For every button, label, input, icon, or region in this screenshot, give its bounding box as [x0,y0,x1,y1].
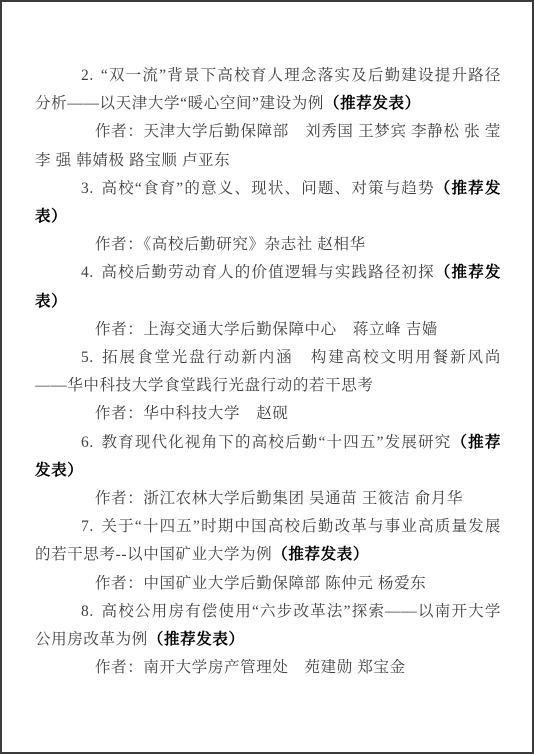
recommended-flag: （推荐发表） [324,95,421,112]
item-authors: 作者：浙江农林大学后勤集团 吴通苗 王筱洁 俞月华 [35,485,501,513]
item-title-text: 高校“食育”的意义、现状、问题、对策与趋势 [101,180,435,197]
item-title-text: 关于“十四五”时期中国高校后勤改革与事业高质量发展的若干思考--以中国矿业大学为… [35,518,501,563]
list-item: 8.高校公用房有偿使用“六步改革法”探索——以南开大学公用房改革为例（推荐发表）… [35,598,501,683]
item-number: 6. [81,434,94,451]
item-title-line: 6.教育现代化视角下的高校后勤“十四五”发展研究（推荐发表） [35,429,501,485]
article-list: 2.“双一流”背景下高校育人理念落实及后勤建设提升路径分析——以天津大学“暖心空… [35,62,501,682]
list-item: 2.“双一流”背景下高校育人理念落实及后勤建设提升路径分析——以天津大学“暖心空… [35,62,501,175]
list-item: 7.关于“十四五”时期中国高校后勤改革与事业高质量发展的若干思考--以中国矿业大… [35,513,501,598]
item-title-line: 7.关于“十四五”时期中国高校后勤改革与事业高质量发展的若干思考--以中国矿业大… [35,513,501,569]
item-title-line: 4.高校后勤劳动育人的价值逻辑与实践路径初探（推荐发表） [35,259,501,315]
item-authors: 作者：中国矿业大学后勤保障部 陈仲元 杨爱东 [35,570,501,598]
item-authors: 作者：上海交通大学后勤保障中心 蒋立峰 吉嫱 [35,316,501,344]
list-item: 4.高校后勤劳动育人的价值逻辑与实践路径初探（推荐发表） 作者：上海交通大学后勤… [35,259,501,344]
item-title-text: 拓展食堂光盘行动新内涵 构建高校文明用餐新风尚——华中科技大学食堂践行光盘行动的… [35,349,501,394]
item-title-text: 高校后勤劳动育人的价值逻辑与实践路径初探 [101,264,435,281]
item-number: 7. [81,518,94,535]
recommended-flag: （推荐发表） [272,546,369,563]
list-item: 5.拓展食堂光盘行动新内涵 构建高校文明用餐新风尚——华中科技大学食堂践行光盘行… [35,344,501,429]
item-title-line: 2.“双一流”背景下高校育人理念落实及后勤建设提升路径分析——以天津大学“暖心空… [35,62,501,118]
item-title-line: 5.拓展食堂光盘行动新内涵 构建高校文明用餐新风尚——华中科技大学食堂践行光盘行… [35,344,501,400]
item-authors: 作者：南开大学房产管理处 苑建勋 郑宝金 [35,654,501,682]
list-item: 3.高校“食育”的意义、现状、问题、对策与趋势（推荐发表） 作者：《高校后勤研究… [35,175,501,260]
item-title-line: 8.高校公用房有偿使用“六步改革法”探索——以南开大学公用房改革为例（推荐发表） [35,598,501,654]
item-number: 4. [81,264,94,281]
item-number: 8. [81,603,94,620]
document-page: 2.“双一流”背景下高校育人理念落实及后勤建设提升路径分析——以天津大学“暖心空… [0,0,534,754]
item-authors: 作者：天津大学后勤保障部 刘秀国 王梦宾 李静松 张 莹 李 强 韩婧极 路宝顺… [35,118,501,174]
item-title-text: 教育现代化视角下的高校后勤“十四五”发展研究 [101,434,452,451]
item-number: 5. [81,349,94,366]
item-authors: 作者：华中科技大学 赵砚 [35,400,501,428]
recommended-flag: （推荐发表） [148,631,245,648]
item-title-text: “双一流”背景下高校育人理念落实及后勤建设提升路径分析——以天津大学“暖心空间”… [35,67,501,112]
item-title-line: 3.高校“食育”的意义、现状、问题、对策与趋势（推荐发表） [35,175,501,231]
item-authors: 作者：《高校后勤研究》杂志社 赵相华 [35,231,501,259]
item-title-text: 高校公用房有偿使用“六步改革法”探索——以南开大学公用房改革为例 [35,603,501,648]
item-number: 3. [81,180,94,197]
item-number: 2. [81,67,94,84]
list-item: 6.教育现代化视角下的高校后勤“十四五”发展研究（推荐发表） 作者：浙江农林大学… [35,429,501,514]
